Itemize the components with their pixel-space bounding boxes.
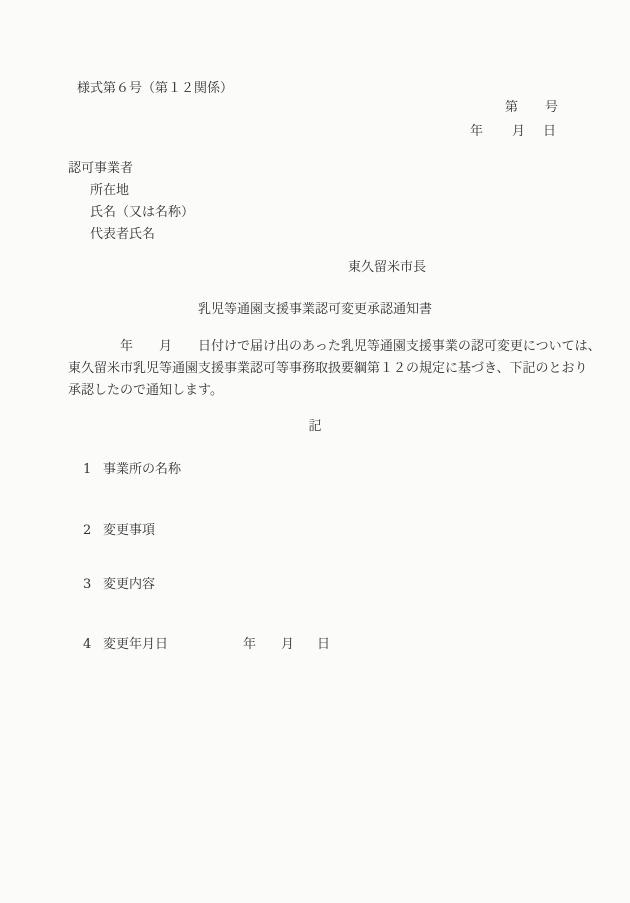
body-line: 年 月 日付けで届け出のあった乳児等通園支援事業の認可変更については、 [68, 340, 601, 353]
addressee-field-name: 氏名（又は名称） [90, 206, 194, 219]
document-title: 乳児等通園支援事業認可変更承認通知書 [0, 303, 630, 316]
item-number: 1 [83, 463, 91, 476]
record-mark: 記 [0, 420, 630, 433]
header-date-day-label: 日 [543, 125, 556, 138]
body-line: 東久留米市乳児等通園支援事業認可等事務取扱要綱第１２の規定に基づき、下記のとおり [68, 362, 587, 375]
sender-title: 東久留米市長 [348, 261, 426, 274]
document-page: 様式第６号（第１２関係） 第 号 年 月 日 認可事業者 所在地 氏名（又は名称… [0, 0, 630, 903]
addressee-title: 認可事業者 [68, 162, 133, 175]
header-date-year-label: 年 [470, 125, 483, 138]
item-date-month-label: 月 [281, 638, 294, 651]
item-label: 事業所の名称 [103, 463, 181, 476]
item-number: 3 [83, 578, 91, 591]
header-date-month-label: 月 [512, 125, 525, 138]
item-number: 4 [83, 638, 91, 651]
doc-number-suffix: 号 [545, 101, 558, 114]
item-date-year-label: 年 [243, 638, 256, 651]
addressee-field-representative: 代表者氏名 [90, 228, 155, 241]
addressee-field-address: 所在地 [90, 184, 129, 197]
item-number: 2 [83, 524, 91, 537]
item-label: 変更年月日 [103, 638, 168, 651]
body-line: 承認したので通知します。 [68, 384, 223, 397]
item-date-day-label: 日 [317, 638, 330, 651]
form-number: 様式第６号（第１２関係） [77, 82, 233, 95]
doc-number-prefix: 第 [505, 101, 518, 114]
item-label: 変更事項 [103, 524, 155, 537]
item-label: 変更内容 [103, 578, 155, 591]
